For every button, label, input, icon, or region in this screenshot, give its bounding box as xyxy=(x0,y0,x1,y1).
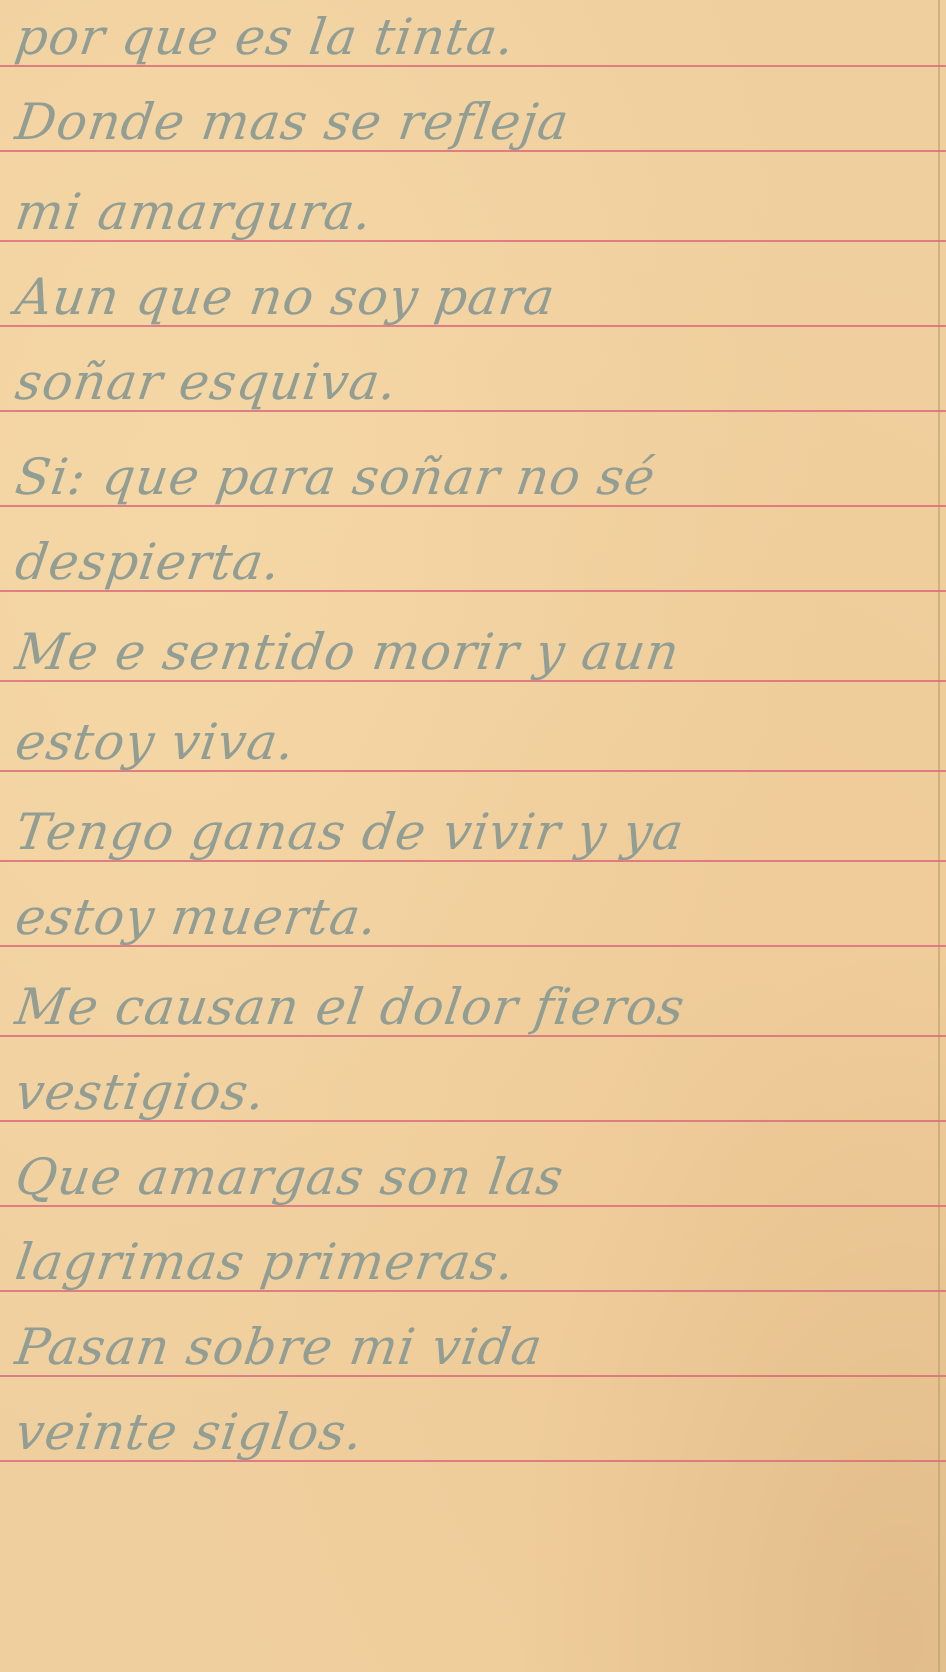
handwritten-line: lagrimas primeras. xyxy=(12,1233,519,1291)
handwritten-line: estoy viva. xyxy=(12,713,299,771)
handwritten-line: estoy muerta. xyxy=(12,888,382,946)
handwritten-line: Tengo ganas de vivir y ya xyxy=(12,803,688,861)
handwritten-line: Me causan el dolor fieros xyxy=(12,978,689,1036)
handwritten-line: vestigios. xyxy=(12,1063,269,1121)
handwritten-line: despierta. xyxy=(12,533,285,591)
handwritten-line: Que amargas son las xyxy=(12,1148,567,1206)
page-edge xyxy=(938,0,940,1672)
handwritten-line: mi amargura. xyxy=(12,183,376,241)
handwritten-line: Si: que para soñar no sé xyxy=(12,448,659,506)
handwritten-line: Me e sentido morir y aun xyxy=(12,623,683,681)
handwritten-line: Donde mas se refleja xyxy=(12,93,573,151)
notebook-page: por que es la tinta. Donde mas se reflej… xyxy=(0,0,946,1672)
handwritten-line: Aun que no soy para xyxy=(12,268,559,326)
handwritten-line: soñar esquiva. xyxy=(12,353,401,411)
handwritten-line: por que es la tinta. xyxy=(12,8,519,66)
handwritten-line: veinte siglos. xyxy=(12,1403,367,1461)
handwritten-line: Pasan sobre mi vida xyxy=(12,1318,546,1376)
